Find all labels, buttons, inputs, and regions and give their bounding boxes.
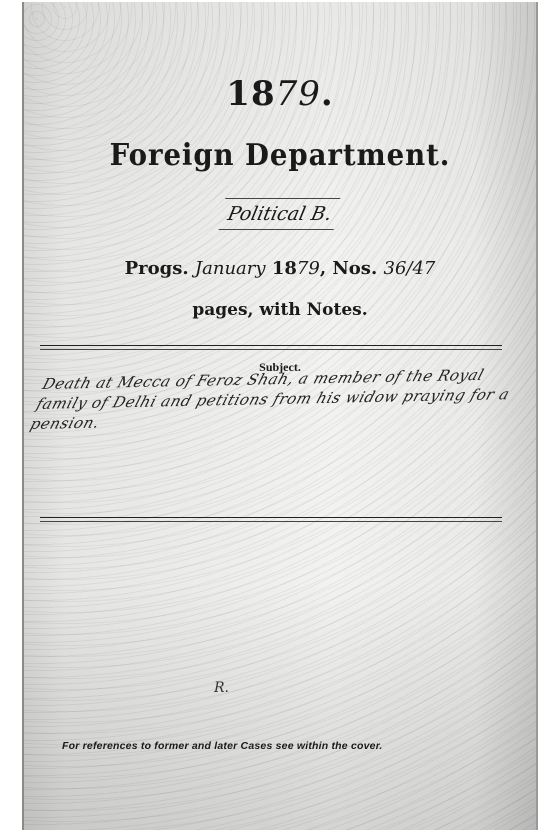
document-cover-page: 1879. Foreign Department. Political B. P… (22, 2, 538, 830)
pages-with-notes: pages, with Notes. (24, 300, 536, 320)
branch-box: Political B. (24, 198, 536, 230)
progs-month-handwritten: January (195, 258, 266, 279)
proceedings-line: Progs. January 1879, Nos. 36/47 (24, 258, 536, 279)
year-period: . (321, 74, 334, 114)
bottom-double-rule (40, 517, 502, 522)
progs-label: Progs. (125, 258, 189, 279)
branch-handwritten: Political B. (219, 198, 341, 230)
progs-year-printed: 18 (272, 258, 297, 279)
year-printed: 18 (226, 74, 275, 114)
progs-year-handwritten: 79 (297, 258, 320, 279)
top-double-rule (40, 345, 502, 350)
nos-handwritten: 36/47 (384, 258, 436, 279)
department-title: Foreign Department. (44, 138, 515, 173)
subject-handwritten-text: Death at Mecca of Feroz Shah, a member o… (28, 364, 539, 434)
margin-initial: R. (214, 680, 229, 696)
file-year: 1879. (24, 74, 536, 114)
year-handwritten: 79 (276, 74, 321, 114)
footer-note: For references to former and later Cases… (62, 740, 383, 752)
nos-label: , Nos. (320, 258, 377, 279)
